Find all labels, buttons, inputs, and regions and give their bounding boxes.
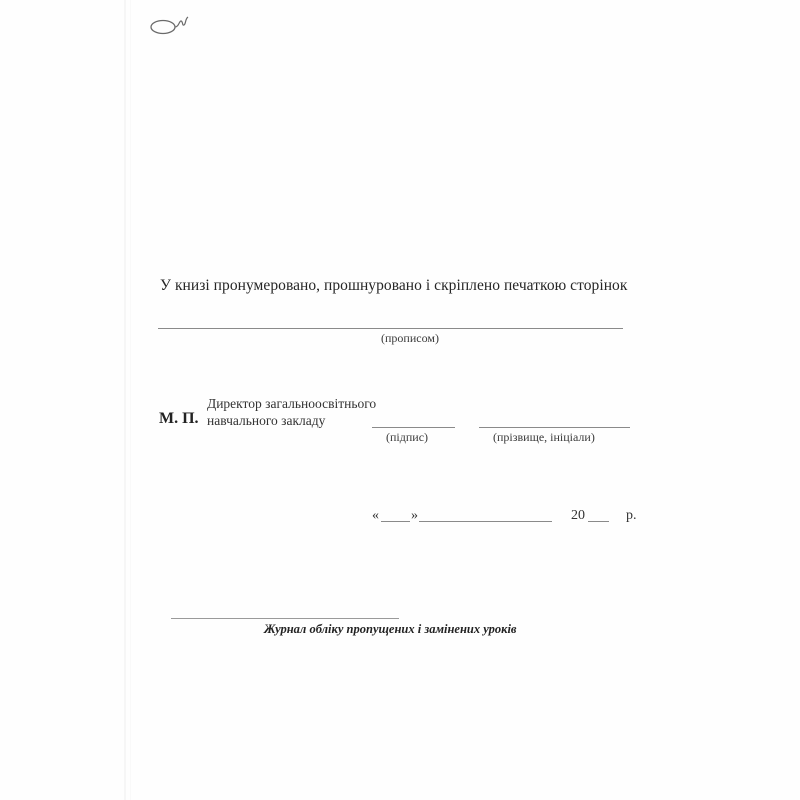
document-page: У книзі пронумеровано, прошнуровано і ск… (0, 0, 800, 800)
pages-in-words-line[interactable] (158, 328, 623, 329)
in-words-caption: (прописом) (381, 331, 439, 346)
pages-statement: У книзі пронумеровано, прошнуровано і ск… (160, 277, 627, 295)
page-fold-shadow (124, 0, 126, 800)
name-initials-caption: (прізвище, ініціали) (493, 430, 595, 445)
date-year-suffix: р. (626, 508, 637, 524)
footer-title: Журнал обліку пропущених і замінених уро… (264, 622, 517, 637)
date-open-quote: « (372, 508, 379, 524)
stamp-place-label: М. П. (159, 410, 199, 428)
date-year-prefix: 20 (571, 508, 585, 524)
director-title-line2: навчального закладу (207, 413, 325, 429)
footer-rule (171, 618, 399, 619)
date-month-line[interactable] (419, 521, 552, 522)
date-close-quote: » (411, 508, 418, 524)
date-day-line[interactable] (381, 521, 410, 522)
name-initials-line[interactable] (479, 427, 630, 428)
signature-line[interactable] (372, 427, 455, 428)
binding-cord-icon (148, 12, 192, 38)
director-title-line1: Директор загальноосвітнього (207, 396, 376, 412)
date-year-line[interactable] (588, 521, 609, 522)
page-fold-shadow (130, 0, 131, 800)
signature-caption: (підпис) (386, 430, 428, 445)
